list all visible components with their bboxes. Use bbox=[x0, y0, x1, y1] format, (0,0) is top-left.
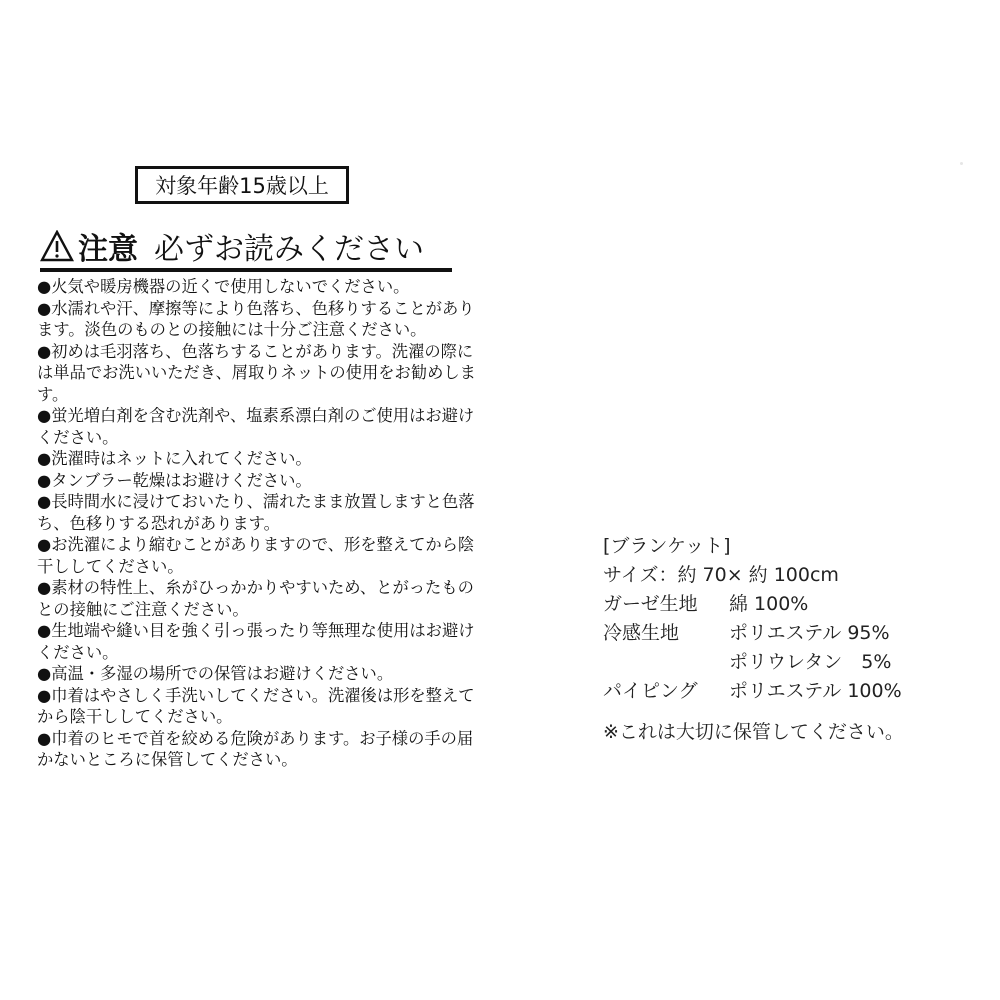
caution-item: ●長時間水に浸けておいたり、濡れたまま放置しますと色落ち、色移りする恐れがありま… bbox=[37, 491, 477, 534]
spec-heading: [ブランケット] bbox=[603, 532, 983, 561]
spec-heading-text: [ブランケット] bbox=[603, 532, 731, 561]
caution-title-strong: 注意 bbox=[78, 232, 138, 267]
spec-size: サイズ：約 70× 約 100cm bbox=[603, 561, 983, 590]
caution-item: ●初めは毛羽落ち、色落ちすることがあります。洗濯の際には単品でお洗いいただき、屑… bbox=[37, 341, 477, 406]
spec-value: ポリウレタン 5% bbox=[729, 648, 891, 677]
caution-item: ●高温・多湿の場所での保管はお避けください。 bbox=[37, 663, 477, 685]
caution-item: ●蛍光増白剤を含む洗剤や、塩素系漂白剤のご使用はお避けください。 bbox=[37, 405, 477, 448]
caution-header: 注意必ずお読みください bbox=[40, 224, 452, 272]
spec-row-piping: パイピング ポリエステル 100% bbox=[603, 677, 983, 706]
spec-row-cool-fabric-2: ポリウレタン 5% bbox=[603, 648, 983, 677]
caution-item: ●水濡れや汗、摩擦等により色落ち、色移りすることがあります。淡色のものとの接触に… bbox=[37, 298, 477, 341]
spec-row-gauze: ガーゼ生地 綿 100% bbox=[603, 590, 983, 619]
caution-item: ●火気や暖房機器の近くで使用しないでください。 bbox=[37, 276, 477, 298]
caution-item: ●生地端や縫い目を強く引っ張ったり等無理な使用はお避けください。 bbox=[37, 620, 477, 663]
caution-item: ●巾着のヒモで首を絞める危険があります。お子様の手の届かないところに保管してくだ… bbox=[37, 728, 477, 771]
caution-item: ●洗濯時はネットに入れてください。 bbox=[37, 448, 477, 470]
storage-note: ※これは大切に保管してください。 bbox=[603, 718, 983, 747]
caution-item: ●お洗濯により縮むことがありますので、形を整えてから陰干ししてください。 bbox=[37, 534, 477, 577]
spec-row-cool-fabric: 冷感生地 ポリエステル 95% bbox=[603, 619, 983, 648]
caution-item: ●巾着はやさしく手洗いしてください。洗濯後は形を整えてから陰干ししてください。 bbox=[37, 685, 477, 728]
spec-label bbox=[603, 648, 729, 677]
spec-label: パイピング bbox=[603, 677, 729, 706]
caution-item: ●素材の特性上、糸がひっかかりやすいため、とがったものとの接触にご注意ください。 bbox=[37, 577, 477, 620]
spec-value: ポリエステル 100% bbox=[729, 677, 902, 706]
age-restriction-text: 対象年齢15歳以上 bbox=[155, 170, 329, 200]
spec-label: 冷感生地 bbox=[603, 619, 729, 648]
product-spec: [ブランケット] サイズ：約 70× 約 100cm ガーゼ生地 綿 100% … bbox=[603, 532, 983, 747]
age-restriction-box: 対象年齢15歳以上 bbox=[135, 166, 349, 204]
scan-speck bbox=[960, 162, 963, 165]
spec-value: 綿 100% bbox=[729, 590, 808, 619]
warning-triangle-icon bbox=[40, 230, 74, 262]
spec-value: ポリエステル 95% bbox=[729, 619, 890, 648]
spec-label: ガーゼ生地 bbox=[603, 590, 729, 619]
caution-title-rest: 必ずお読みください bbox=[154, 232, 424, 267]
caution-list: ●火気や暖房機器の近くで使用しないでください。 ●水濡れや汗、摩擦等により色落ち… bbox=[37, 276, 477, 771]
caution-item: ●タンブラー乾燥はお避けください。 bbox=[37, 470, 477, 492]
spec-size-text: サイズ：約 70× 約 100cm bbox=[603, 561, 839, 590]
caution-title: 注意必ずお読みください bbox=[78, 224, 424, 268]
